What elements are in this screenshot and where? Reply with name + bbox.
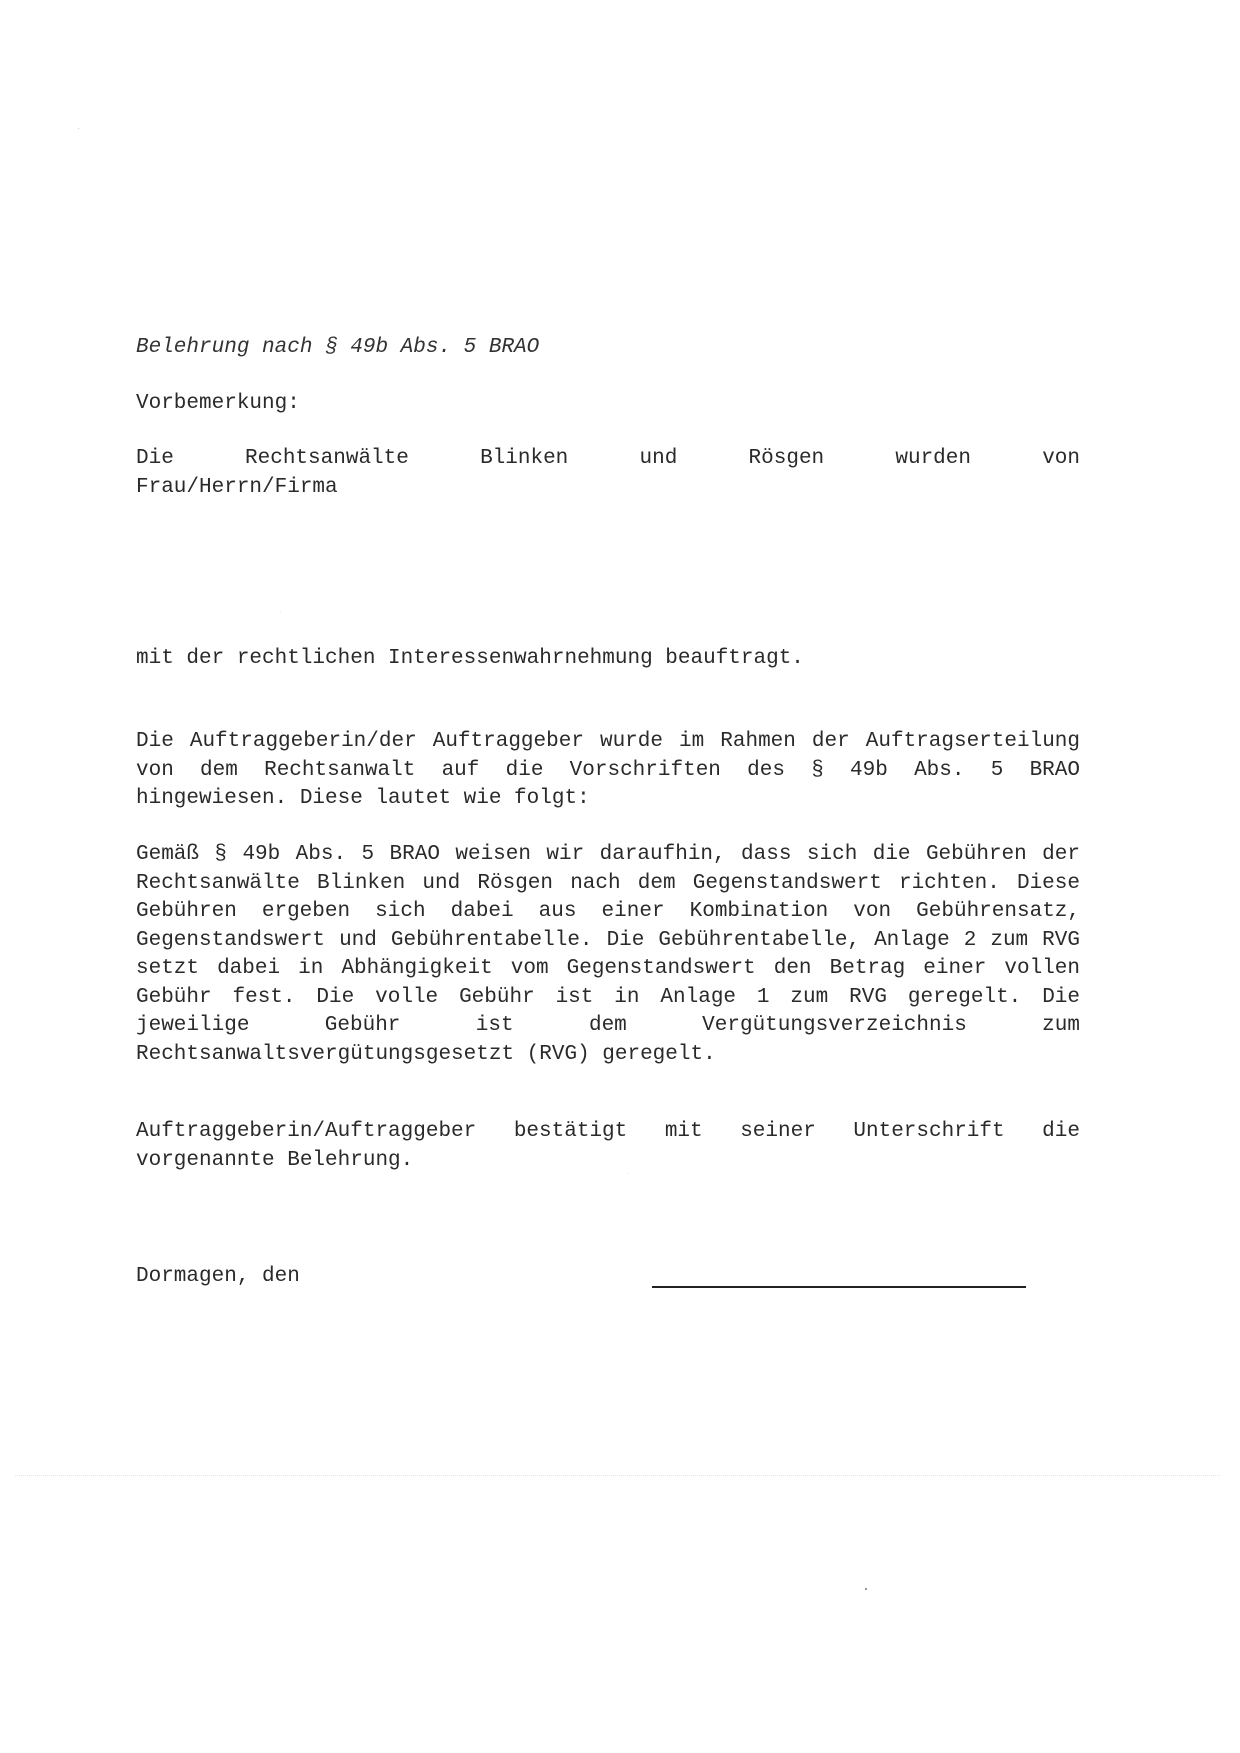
paragraph-confirmation: Auftraggeberin/Auftraggeber bestätigt mi…: [136, 1118, 1080, 1175]
mandate-line: mit der rechtlichen Interessenwahrnehmun…: [136, 645, 1080, 674]
document-page: Belehrung nach § 49b Abs. 5 BRAO Vorbeme…: [0, 0, 1240, 1753]
scan-speck: [78, 128, 79, 129]
intro-line-lawyers: Die Rechtsanwälte Blinken und Rösgen wur…: [136, 445, 1080, 474]
scan-artifact-line: [15, 1475, 1220, 1476]
preface-label: Vorbemerkung:: [136, 390, 1080, 419]
document-title: Belehrung nach § 49b Abs. 5 BRAO: [136, 334, 1080, 363]
signature-line: [652, 1286, 1026, 1288]
paragraph-notice: Die Auftraggeberin/der Auftraggeber wurd…: [136, 728, 1080, 814]
paragraph-fees: Gemäß § 49b Abs. 5 BRAO weisen wir darau…: [136, 841, 1080, 1069]
scan-speck: [865, 1588, 867, 1590]
place-date-label: Dormagen, den: [136, 1263, 436, 1292]
intro-line-client: Frau/Herrn/Firma: [136, 474, 1080, 503]
scan-speck: [280, 611, 281, 612]
